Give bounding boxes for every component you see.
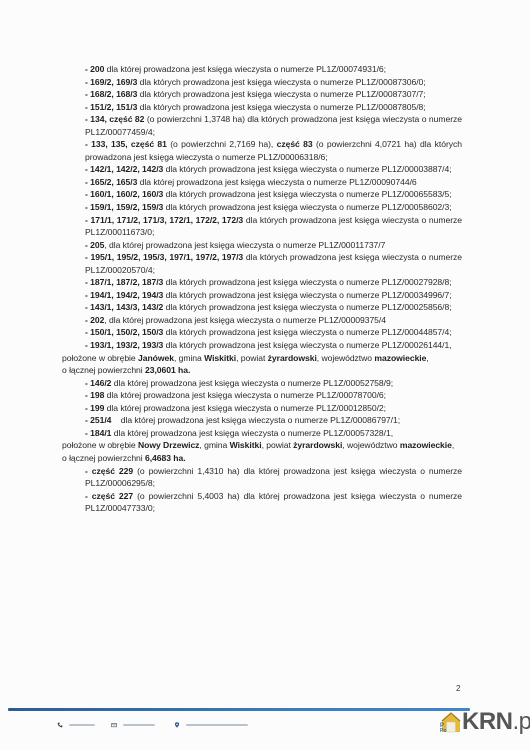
parcel-numbers: - 169/2, 169/3	[85, 77, 137, 87]
registry-entry: - 168/2, 168/3 dla których prowadzona je…	[85, 88, 462, 101]
parcel-numbers: - 165/2, 165/3	[85, 177, 137, 187]
entry-text: , dla której prowadzona jest księga wiec…	[104, 240, 385, 250]
parcel-numbers: - część 229	[85, 466, 133, 476]
obreb-name: Janówek	[138, 353, 174, 363]
contact-address	[174, 722, 248, 728]
registry-entry: - 205, dla której prowadzona jest księga…	[85, 239, 462, 252]
entry-text: (o powierzchni 5,4003 ha) dla której pro…	[85, 491, 464, 514]
registry-entry: - 251/4 dla której prowadzona jest księg…	[85, 414, 462, 427]
parcel-numbers: - 142/1, 142/2, 142/3	[85, 164, 163, 174]
entry-text: dla których prowadzona jest księga wiecz…	[163, 327, 451, 337]
parcel-numbers: - 200	[85, 64, 104, 74]
registry-entry: - 194/1, 194/2, 194/3 dla których prowad…	[85, 289, 462, 302]
parcel-numbers: - 168/2, 168/3	[85, 89, 137, 99]
entry-text: dla której prowadzona jest księga wieczy…	[137, 177, 416, 187]
registry-entry: - 151/2, 151/3 dla których prowadzona je…	[85, 101, 462, 114]
registry-entry: - 200 dla której prowadzona jest księga …	[85, 63, 462, 76]
parcel-numbers: - 193/1, 193/2, 193/3	[85, 340, 163, 350]
registry-entry: - 184/1 dla której prowadzona jest księg…	[85, 427, 462, 440]
registry-entry: - 193/1, 193/2, 193/3 dla których prowad…	[85, 339, 462, 352]
parcel-numbers: - 171/1, 171/2, 171/3, 172/1, 172/2, 172…	[85, 215, 243, 225]
entry-text: dla której prowadzona jest księga wieczy…	[111, 428, 393, 438]
entry-text: (o powierzchni 1,4310 ha) dla której pro…	[85, 466, 464, 489]
registry-entry: - 134, część 82 (o powierzchni 1,3748 ha…	[85, 113, 462, 138]
parcel-numbers: - 159/1, 159/2, 159/3	[85, 202, 163, 212]
parcel-numbers: - 150/1, 150/2, 150/3	[85, 327, 163, 337]
land-registry-list-parts: - część 229 (o powierzchni 1,4310 ha) dl…	[85, 465, 462, 515]
registry-entry: - 143/1, 143/3, 143/2 dla których prowad…	[85, 301, 462, 314]
location-janowek: położone w obrębie Janówek, gmina Wiskit…	[62, 352, 462, 377]
registry-entry: - 160/1, 160/2, 160/3 dla których prowad…	[85, 188, 462, 201]
entry-text: dla której prowadzona jest księga wieczy…	[104, 64, 386, 74]
entry-text: dla których prowadzona jest księga wiecz…	[137, 77, 425, 87]
land-registry-list-nowy-drzewicz: - 146/2 dla której prowadzona jest księg…	[85, 377, 462, 440]
parcel-numbers: - 194/1, 194/2, 194/3	[85, 290, 163, 300]
registry-entry: - 199 dla której prowadzona jest księga …	[85, 402, 462, 415]
parcel-numbers: - 143/1, 143/3, 143/2	[85, 302, 163, 312]
email-icon	[111, 722, 117, 728]
parcel-numbers: - część 227	[85, 491, 133, 501]
entry-text: dla których prowadzona jest księga wiecz…	[137, 89, 425, 99]
parcel-numbers: - 198	[85, 390, 104, 400]
registry-entry: - 150/1, 150/2, 150/3 dla których prowad…	[85, 326, 462, 339]
contact-email	[111, 722, 155, 728]
entry-text: (o powierzchni 2,7169 ha),	[167, 139, 277, 149]
registry-entry: - 187/1, 187/2, 187/3 dla których prowad…	[85, 276, 462, 289]
phone-icon	[57, 722, 63, 728]
wojewodztwo-name: mazowieckie	[374, 353, 426, 363]
entry-text: dla których prowadzona jest księga wiecz…	[163, 302, 451, 312]
registry-entry: - 198 dla której prowadzona jest księga …	[85, 389, 462, 402]
entry-text: , dla której prowadzona jest księga wiec…	[104, 315, 386, 325]
land-registry-list-janowek: - 200 dla której prowadzona jest księga …	[85, 63, 462, 352]
parcel-numbers: - 151/2, 151/3	[85, 102, 137, 112]
location-nowy-drzewicz: położone w obrębie Nowy Drzewicz, gmina …	[62, 439, 462, 464]
registry-entry: - 171/1, 171/2, 171/3, 172/1, 172/2, 172…	[85, 214, 462, 239]
footer-divider	[8, 708, 470, 711]
entry-text: dla których prowadzona jest księga wiecz…	[163, 290, 451, 300]
total-area: 23,0601 ha.	[145, 365, 190, 375]
parcel-numbers: - 202	[85, 315, 104, 325]
krn-watermark: P Po KRN.pl	[440, 711, 530, 733]
gmina-name: Wiskitki	[230, 440, 262, 450]
parcel-numbers: - 146/2	[85, 378, 111, 388]
total-area: 6,4683 ha.	[145, 453, 186, 463]
obreb-name: Nowy Drzewicz	[138, 440, 199, 450]
entry-text: dla której prowadzona jest księga wieczy…	[111, 415, 400, 425]
wojewodztwo-name: mazowieckie	[400, 440, 452, 450]
parcel-numbers: - 251/4	[85, 415, 111, 425]
location-pin-icon	[174, 722, 180, 728]
registry-entry: - część 229 (o powierzchni 1,4310 ha) dl…	[85, 465, 462, 490]
entry-text: dla których prowadzona jest księga wiecz…	[163, 202, 451, 212]
document-page: - 200 dla której prowadzona jest księga …	[0, 0, 530, 750]
registry-entry: - 159/1, 159/2, 159/3 dla których prowad…	[85, 201, 462, 214]
entry-text: dla której prowadzona jest księga wieczy…	[104, 390, 386, 400]
entry-text: dla których prowadzona jest księga wiecz…	[163, 189, 451, 199]
parcel-numbers: część 83	[277, 139, 313, 149]
entry-text: dla których prowadzona jest księga wiecz…	[163, 340, 451, 350]
gmina-name: Wiskitki	[204, 353, 236, 363]
parcel-numbers: - 184/1	[85, 428, 111, 438]
registry-entry: - 165/2, 165/3 dla której prowadzona jes…	[85, 176, 462, 189]
parcel-numbers: - 195/1, 195/2, 195/3, 197/1, 197/2, 197…	[85, 252, 243, 262]
registry-entry: - 195/1, 195/2, 195/3, 197/1, 197/2, 197…	[85, 251, 462, 276]
parcel-numbers: - 133, 135, część 81	[85, 139, 167, 149]
parcel-numbers: - 205	[85, 240, 104, 250]
registry-entry: - 169/2, 169/3 dla których prowadzona je…	[85, 76, 462, 89]
powiat-name: żyrardowski	[268, 353, 317, 363]
entry-text: dla których prowadzona jest księga wiecz…	[163, 277, 451, 287]
entry-text: dla których prowadzona jest księga wiecz…	[163, 164, 451, 174]
parcel-numbers: - 187/1, 187/2, 187/3	[85, 277, 163, 287]
registry-entry: - 202, dla której prowadzona jest księga…	[85, 314, 462, 327]
contact-phone	[57, 722, 95, 728]
parcel-numbers: - 199	[85, 403, 104, 413]
page-number: 2	[456, 684, 460, 693]
registry-entry: - 133, 135, część 81 (o powierzchni 2,71…	[85, 138, 462, 163]
registry-entry: - 146/2 dla której prowadzona jest księg…	[85, 377, 462, 390]
entry-text: dla której prowadzona jest księga wieczy…	[111, 378, 393, 388]
house-logo-icon: P Po	[440, 711, 462, 733]
entry-text: dla których prowadzona jest księga wiecz…	[137, 102, 425, 112]
parcel-numbers: - 134, część 82	[85, 114, 144, 124]
parcel-numbers: - 160/1, 160/2, 160/3	[85, 189, 163, 199]
entry-text: dla której prowadzona jest księga wieczy…	[104, 403, 386, 413]
document-body: - 200 dla której prowadzona jest księga …	[85, 63, 462, 515]
svg-text:Po: Po	[440, 728, 446, 733]
registry-entry: - 142/1, 142/2, 142/3 dla których prowad…	[85, 163, 462, 176]
registry-entry: - część 227 (o powierzchni 5,4003 ha) dl…	[85, 490, 462, 515]
powiat-name: żyrardowski	[293, 440, 342, 450]
krn-brand-text: KRN.pl	[462, 711, 530, 733]
